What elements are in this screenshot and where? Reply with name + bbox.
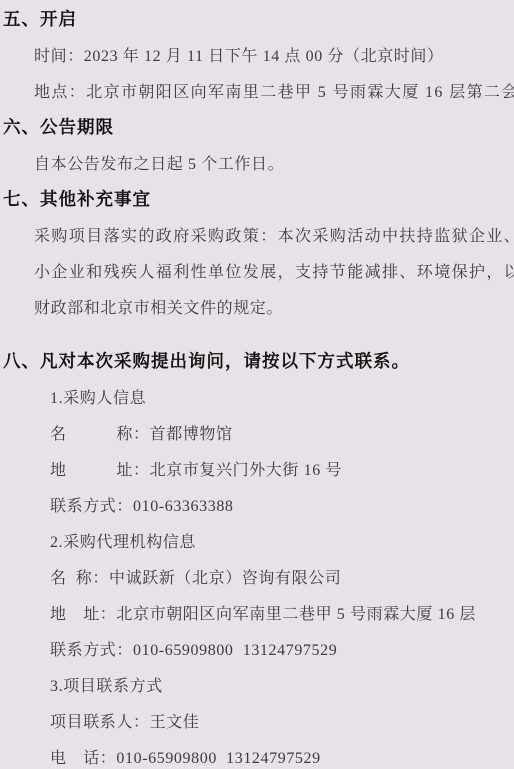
- opening-time-line: 时间：2023 年 12 月 11 日下午 14 点 00 分（北京时间）: [0, 36, 514, 72]
- policy-paragraph-line-2: 小企业和残疾人福利性单位发展，支持节能减排、环境保护，以及: [0, 252, 514, 288]
- document-page: 五、开启 时间：2023 年 12 月 11 日下午 14 点 00 分（北京时…: [0, 0, 514, 769]
- heading-other-matters: 七、其他补充事宜: [0, 180, 514, 216]
- purchaser-info-title: 1.采购人信息: [0, 378, 514, 414]
- announcement-period-line: 自本公告发布之日起 5 个工作日。: [0, 144, 514, 180]
- purchaser-contact-line: 联系方式：010-63363388: [0, 486, 514, 522]
- heading-opening: 五、开启: [0, 0, 514, 36]
- agency-info-title: 2.采购代理机构信息: [0, 522, 514, 558]
- policy-paragraph-line-3: 财政部和北京市相关文件的规定。: [0, 288, 514, 324]
- heading-contact-methods: 八、凡对本次采购提出询问，请按以下方式联系。: [0, 342, 514, 378]
- agency-contact-line: 联系方式：010-65909800 13124797529: [0, 630, 514, 666]
- project-contact-person-line: 项目联系人：王文佳: [0, 702, 514, 738]
- purchaser-address-line: 地 址：北京市复兴门外大街 16 号: [0, 450, 514, 486]
- purchaser-name-line: 名 称：首都博物馆: [0, 414, 514, 450]
- heading-announcement-period: 六、公告期限: [0, 108, 514, 144]
- policy-paragraph-line-1: 采购项目落实的政府采购政策：本次采购活动中扶持监狱企业、中: [0, 216, 514, 252]
- project-phone-line: 电 话：010-65909800 13124797529: [0, 738, 514, 769]
- agency-address-line: 地 址：北京市朝阳区向军南里二巷甲 5 号雨霖大厦 16 层: [0, 594, 514, 630]
- project-contact-title: 3.项目联系方式: [0, 666, 514, 702]
- opening-location-line: 地点：北京市朝阳区向军南里二巷甲 5 号雨霖大厦 16 层第二会议室: [0, 72, 514, 108]
- agency-name-line: 名 称：中诚跃新（北京）咨询有限公司: [0, 558, 514, 594]
